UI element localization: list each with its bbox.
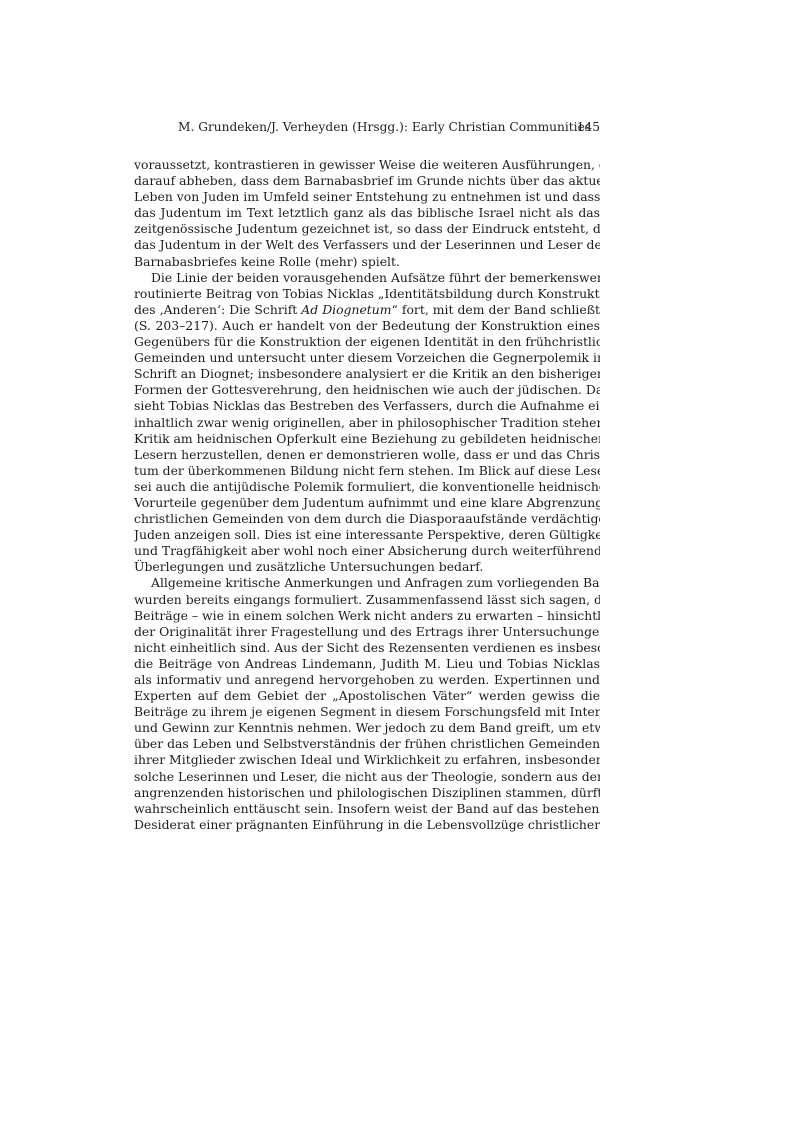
running-title: M. Grundeken/J. Verheyden (Hrsgg.): Earl… (178, 120, 591, 134)
text-line: und Gewinn zur Kenntnis nehmen. Wer jedo… (134, 720, 600, 736)
text-line: nicht einheitlich sind. Aus der Sicht de… (134, 640, 600, 656)
text-line: Allgemeine kritische Anmerkungen und Anf… (134, 575, 600, 591)
text-line: Vorurteile gegenüber dem Judentum aufnim… (134, 495, 600, 511)
text-line: das Judentum im Text letztlich ganz als … (134, 205, 600, 221)
text-line: Beiträge – wie in einem solchen Werk nic… (134, 608, 600, 624)
running-header: M. Grundeken/J. Verheyden (Hrsgg.): Earl… (178, 120, 600, 136)
italic-title: Ad Diognetum (301, 302, 391, 317)
text-line: Formen der Gottesverehrung, den heidnisc… (134, 382, 600, 398)
text-line: Lesern herzustellen, denen er demonstrie… (134, 447, 600, 463)
text-line: des ‚Anderen‘: Die Schrift Ad Diognetum“… (134, 302, 600, 318)
text-line: solche Leserinnen und Leser, die nicht a… (134, 769, 600, 785)
text-line: die Beiträge von Andreas Lindemann, Judi… (134, 656, 600, 672)
text-line: über das Leben und Selbstverständnis der… (134, 736, 600, 752)
text-line: Schrift an Diognet; insbesondere analysi… (134, 366, 600, 382)
text-line: sieht Tobias Nicklas das Bestreben des V… (134, 398, 600, 414)
text-line: Leben von Juden im Umfeld seiner Entsteh… (134, 189, 600, 205)
document-page: M. Grundeken/J. Verheyden (Hrsgg.): Earl… (0, 0, 800, 1131)
text-line: wurden bereits eingangs formuliert. Zusa… (134, 592, 600, 608)
text-line: Überlegungen und zusätzliche Untersuchun… (134, 559, 600, 575)
text-line: angrenzenden historischen und philologis… (134, 785, 600, 801)
text-line: darauf abheben, dass dem Barnabasbrief i… (134, 173, 600, 189)
text-line: ihrer Mitglieder zwischen Ideal und Wirk… (134, 752, 600, 768)
text-line: und Tragfähigkeit aber wohl noch einer A… (134, 543, 600, 559)
text-line: (S. 203–217). Auch er handelt von der Be… (134, 318, 600, 334)
text-line: inhaltlich zwar wenig originellen, aber … (134, 415, 600, 431)
text-line: wahrscheinlich enttäuscht sein. Insofern… (134, 801, 600, 817)
text-line: das Judentum in der Welt des Verfassers … (134, 237, 600, 253)
text-line: zeitgenössische Judentum gezeichnet ist,… (134, 221, 600, 237)
text-line: christlichen Gemeinden von dem durch die… (134, 511, 600, 527)
text-line: Experten auf dem Gebiet der „Apostolisch… (134, 688, 600, 704)
body-text: voraussetzt, kontrastieren in gewisser W… (134, 157, 600, 833)
text-line: Kritik am heidnischen Opferkult eine Bez… (134, 431, 600, 447)
text-line: der Originalität ihrer Fragestellung und… (134, 624, 600, 640)
text-line: als informativ und anregend hervorgehobe… (134, 672, 600, 688)
text-line: Beiträge zu ihrem je eigenen Segment in … (134, 704, 600, 720)
text-line: Gemeinden und untersucht unter diesem Vo… (134, 350, 600, 366)
text-line: Barnabasbriefes keine Rolle (mehr) spiel… (134, 254, 600, 270)
text-line: routinierte Beitrag von Tobias Nicklas „… (134, 286, 600, 302)
text-line: voraussetzt, kontrastieren in gewisser W… (134, 157, 600, 173)
text-line: sei auch die antijüdische Polemik formul… (134, 479, 600, 495)
text-line: Gegenübers für die Konstruktion der eige… (134, 334, 600, 350)
text-line: Desiderat einer prägnanten Einführung in… (134, 817, 600, 833)
text-line: Die Linie der beiden vorausgehenden Aufs… (134, 270, 600, 286)
page-number: 145 (577, 120, 600, 134)
text-line: Juden anzeigen soll. Dies ist eine inter… (134, 527, 600, 543)
text-line: tum der überkommenen Bildung nicht fern … (134, 463, 600, 479)
